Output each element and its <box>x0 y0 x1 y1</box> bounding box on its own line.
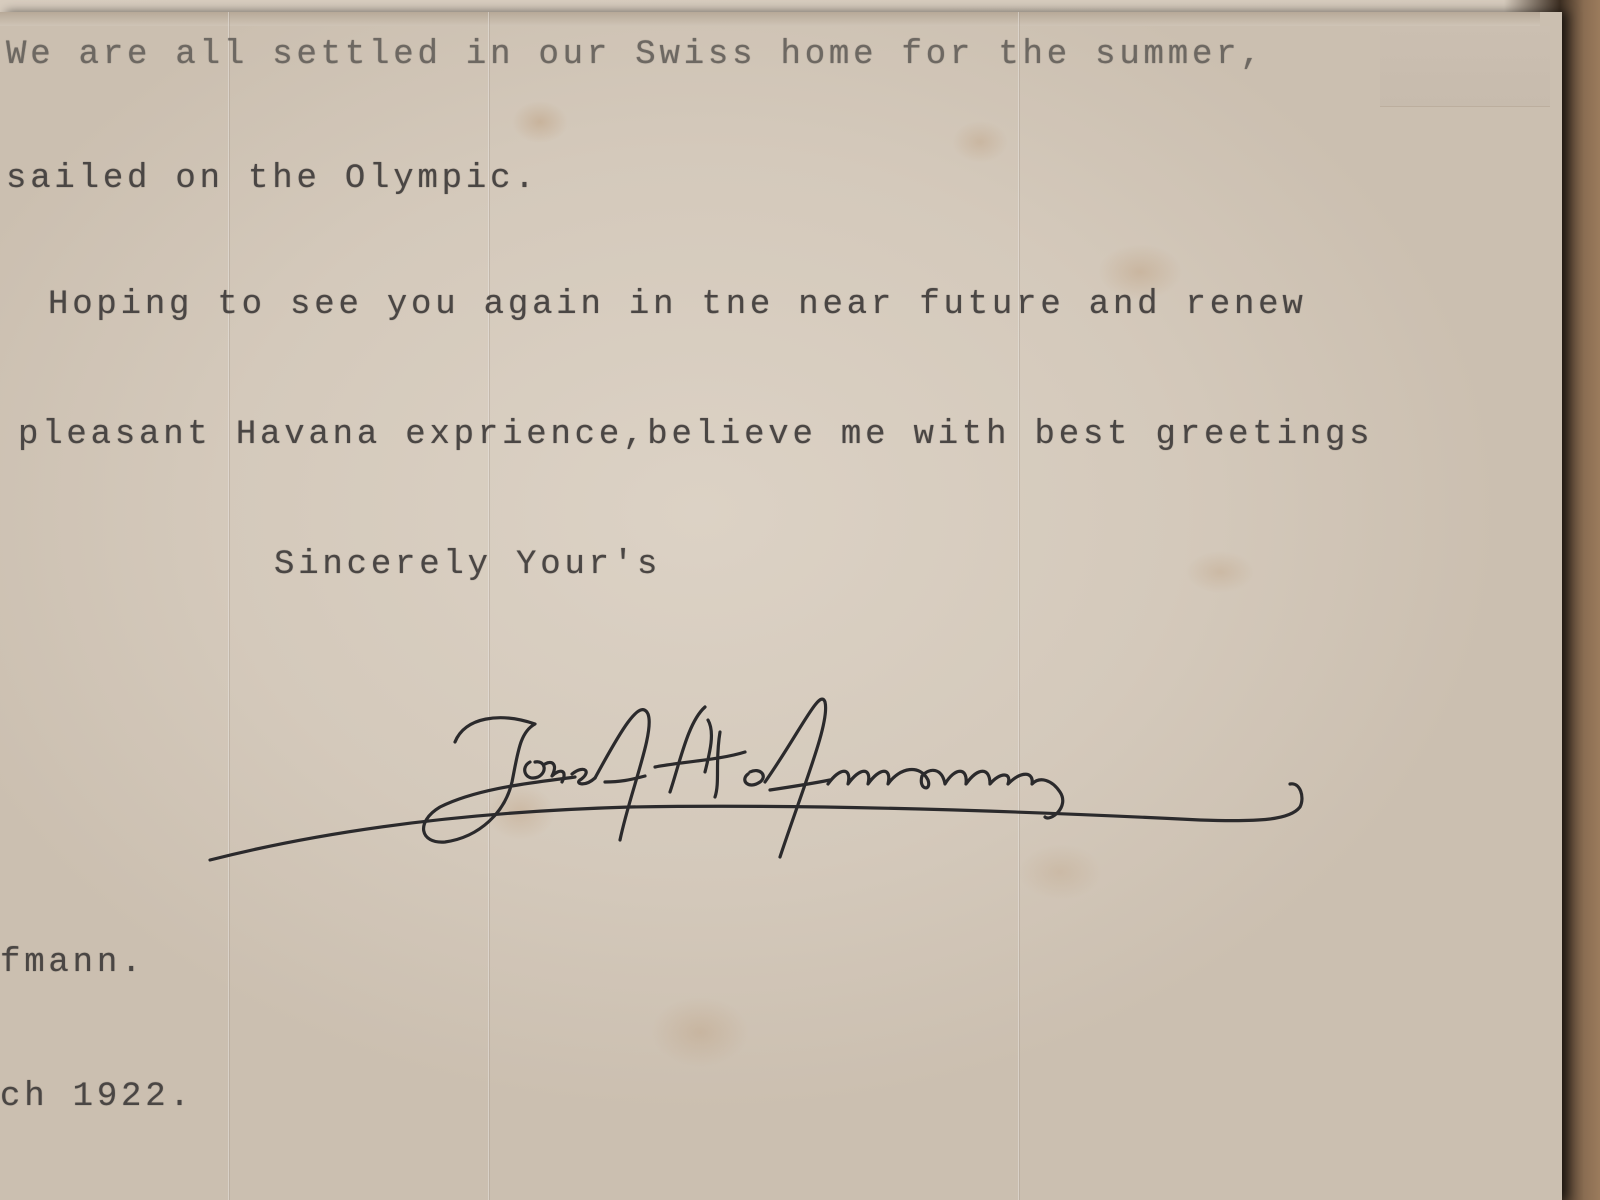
paper-top-edge <box>0 12 1540 26</box>
date-fragment: ch 1922. <box>0 1078 194 1116</box>
typed-name-fragment: fmann. <box>0 944 145 982</box>
letter-line-4: pleasant Havana exprience,believe me wit… <box>18 416 1373 454</box>
letter-paper: We are all settled in our Swiss home for… <box>0 12 1562 1200</box>
handwritten-signature: Josef Hofmann <box>200 672 1320 872</box>
paper-corner-flap <box>1380 26 1550 107</box>
fold-crease <box>1018 12 1020 1200</box>
letter-line-2: sailed on the Olympic. <box>6 160 538 198</box>
letter-line-1: We are all settled in our Swiss home for… <box>6 36 1265 74</box>
letter-closing: Sincerely Your's <box>274 546 661 584</box>
letter-line-3: Hoping to see you again in tne near futu… <box>48 286 1307 324</box>
signature-icon <box>200 672 1320 872</box>
